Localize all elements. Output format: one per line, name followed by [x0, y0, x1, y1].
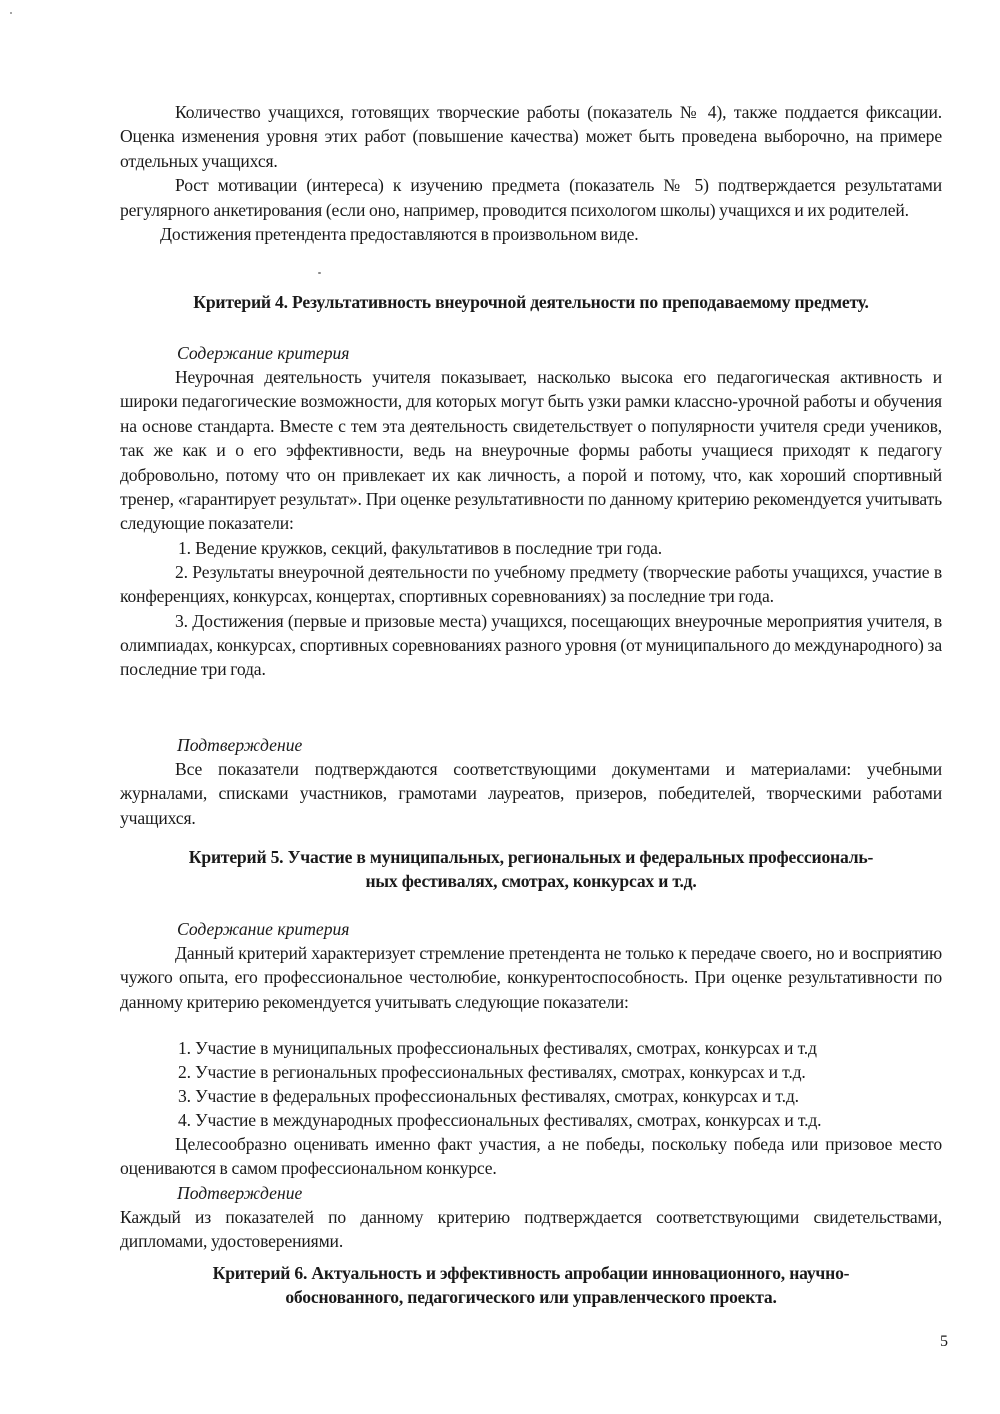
criterion-5-indicators: 1. Участие в муниципальных профессиональ…: [120, 1036, 942, 1254]
criterion-4-indicator-2: 2. Результаты внеурочной деятельности по…: [120, 560, 942, 609]
criterion-6-heading-line-2: обоснованного, педагогического или управ…: [120, 1285, 942, 1309]
criterion-4-confirmation: Подтверждение Все показатели подтверждаю…: [120, 733, 942, 830]
criterion-5-heading-line-2: ных фестивалях, смотрах, конкурсах и т.д…: [120, 869, 942, 893]
intro-section: Количество учащихся, готовящих творчески…: [120, 100, 942, 246]
criterion-4-heading: Критерий 4. Результативность внеурочной …: [110, 290, 952, 314]
criterion-4-content: Содержание критерия Неурочная деятельнос…: [120, 341, 942, 682]
criterion-5-confirmation-label: Подтверждение: [120, 1181, 942, 1205]
criterion-4-content-label: Содержание критерия: [120, 341, 942, 365]
criterion-5-content-text: Данный критерий характеризует стремление…: [120, 941, 942, 1014]
criterion-5-content-label: Содержание критерия: [120, 917, 942, 941]
page-number: 5: [940, 1333, 948, 1351]
criterion-6-heading: Критерий 6. Актуальность и эффективность…: [120, 1261, 942, 1309]
criterion-5-indicator-2: 2. Участие в региональных профессиональн…: [120, 1060, 942, 1084]
scan-artifact: [318, 272, 321, 274]
criterion-5-indicator-1: 1. Участие в муниципальных профессиональ…: [120, 1036, 942, 1060]
intro-paragraph-3: Достижения претендента предоставляются в…: [120, 222, 942, 246]
intro-paragraph-2: Рост мотивации (интереса) к изучению пре…: [120, 173, 942, 222]
intro-paragraph-1: Количество учащихся, готовящих творчески…: [120, 100, 942, 173]
criterion-5-indicator-4: 4. Участие в международных профессиональ…: [120, 1108, 942, 1132]
criterion-5-indicator-3: 3. Участие в федеральных профессиональны…: [120, 1084, 942, 1108]
criterion-4-confirmation-text: Все показатели подтверждаются соответств…: [120, 757, 942, 830]
criterion-4-indicator-3: 3. Достижения (первые и призовые места) …: [120, 609, 942, 682]
criterion-4-indicator-1: 1. Ведение кружков, секций, факультативо…: [120, 536, 942, 560]
criterion-5-heading: Критерий 5. Участие в муниципальных, рег…: [120, 845, 942, 893]
criterion-5-note: Целесообразно оценивать именно факт учас…: [120, 1132, 942, 1181]
criterion-5-confirmation-text: Каждый из показателей по данному критери…: [120, 1205, 942, 1254]
criterion-4-content-text: Неурочная деятельность учителя показывае…: [120, 365, 942, 536]
criterion-4-confirmation-label: Подтверждение: [120, 733, 942, 757]
criterion-6-heading-line-1: Критерий 6. Актуальность и эффективность…: [120, 1261, 942, 1285]
scan-artifact: [10, 12, 12, 14]
criterion-5-content: Содержание критерия Данный критерий хара…: [120, 917, 942, 1014]
criterion-5-heading-line-1: Критерий 5. Участие в муниципальных, рег…: [120, 845, 942, 869]
